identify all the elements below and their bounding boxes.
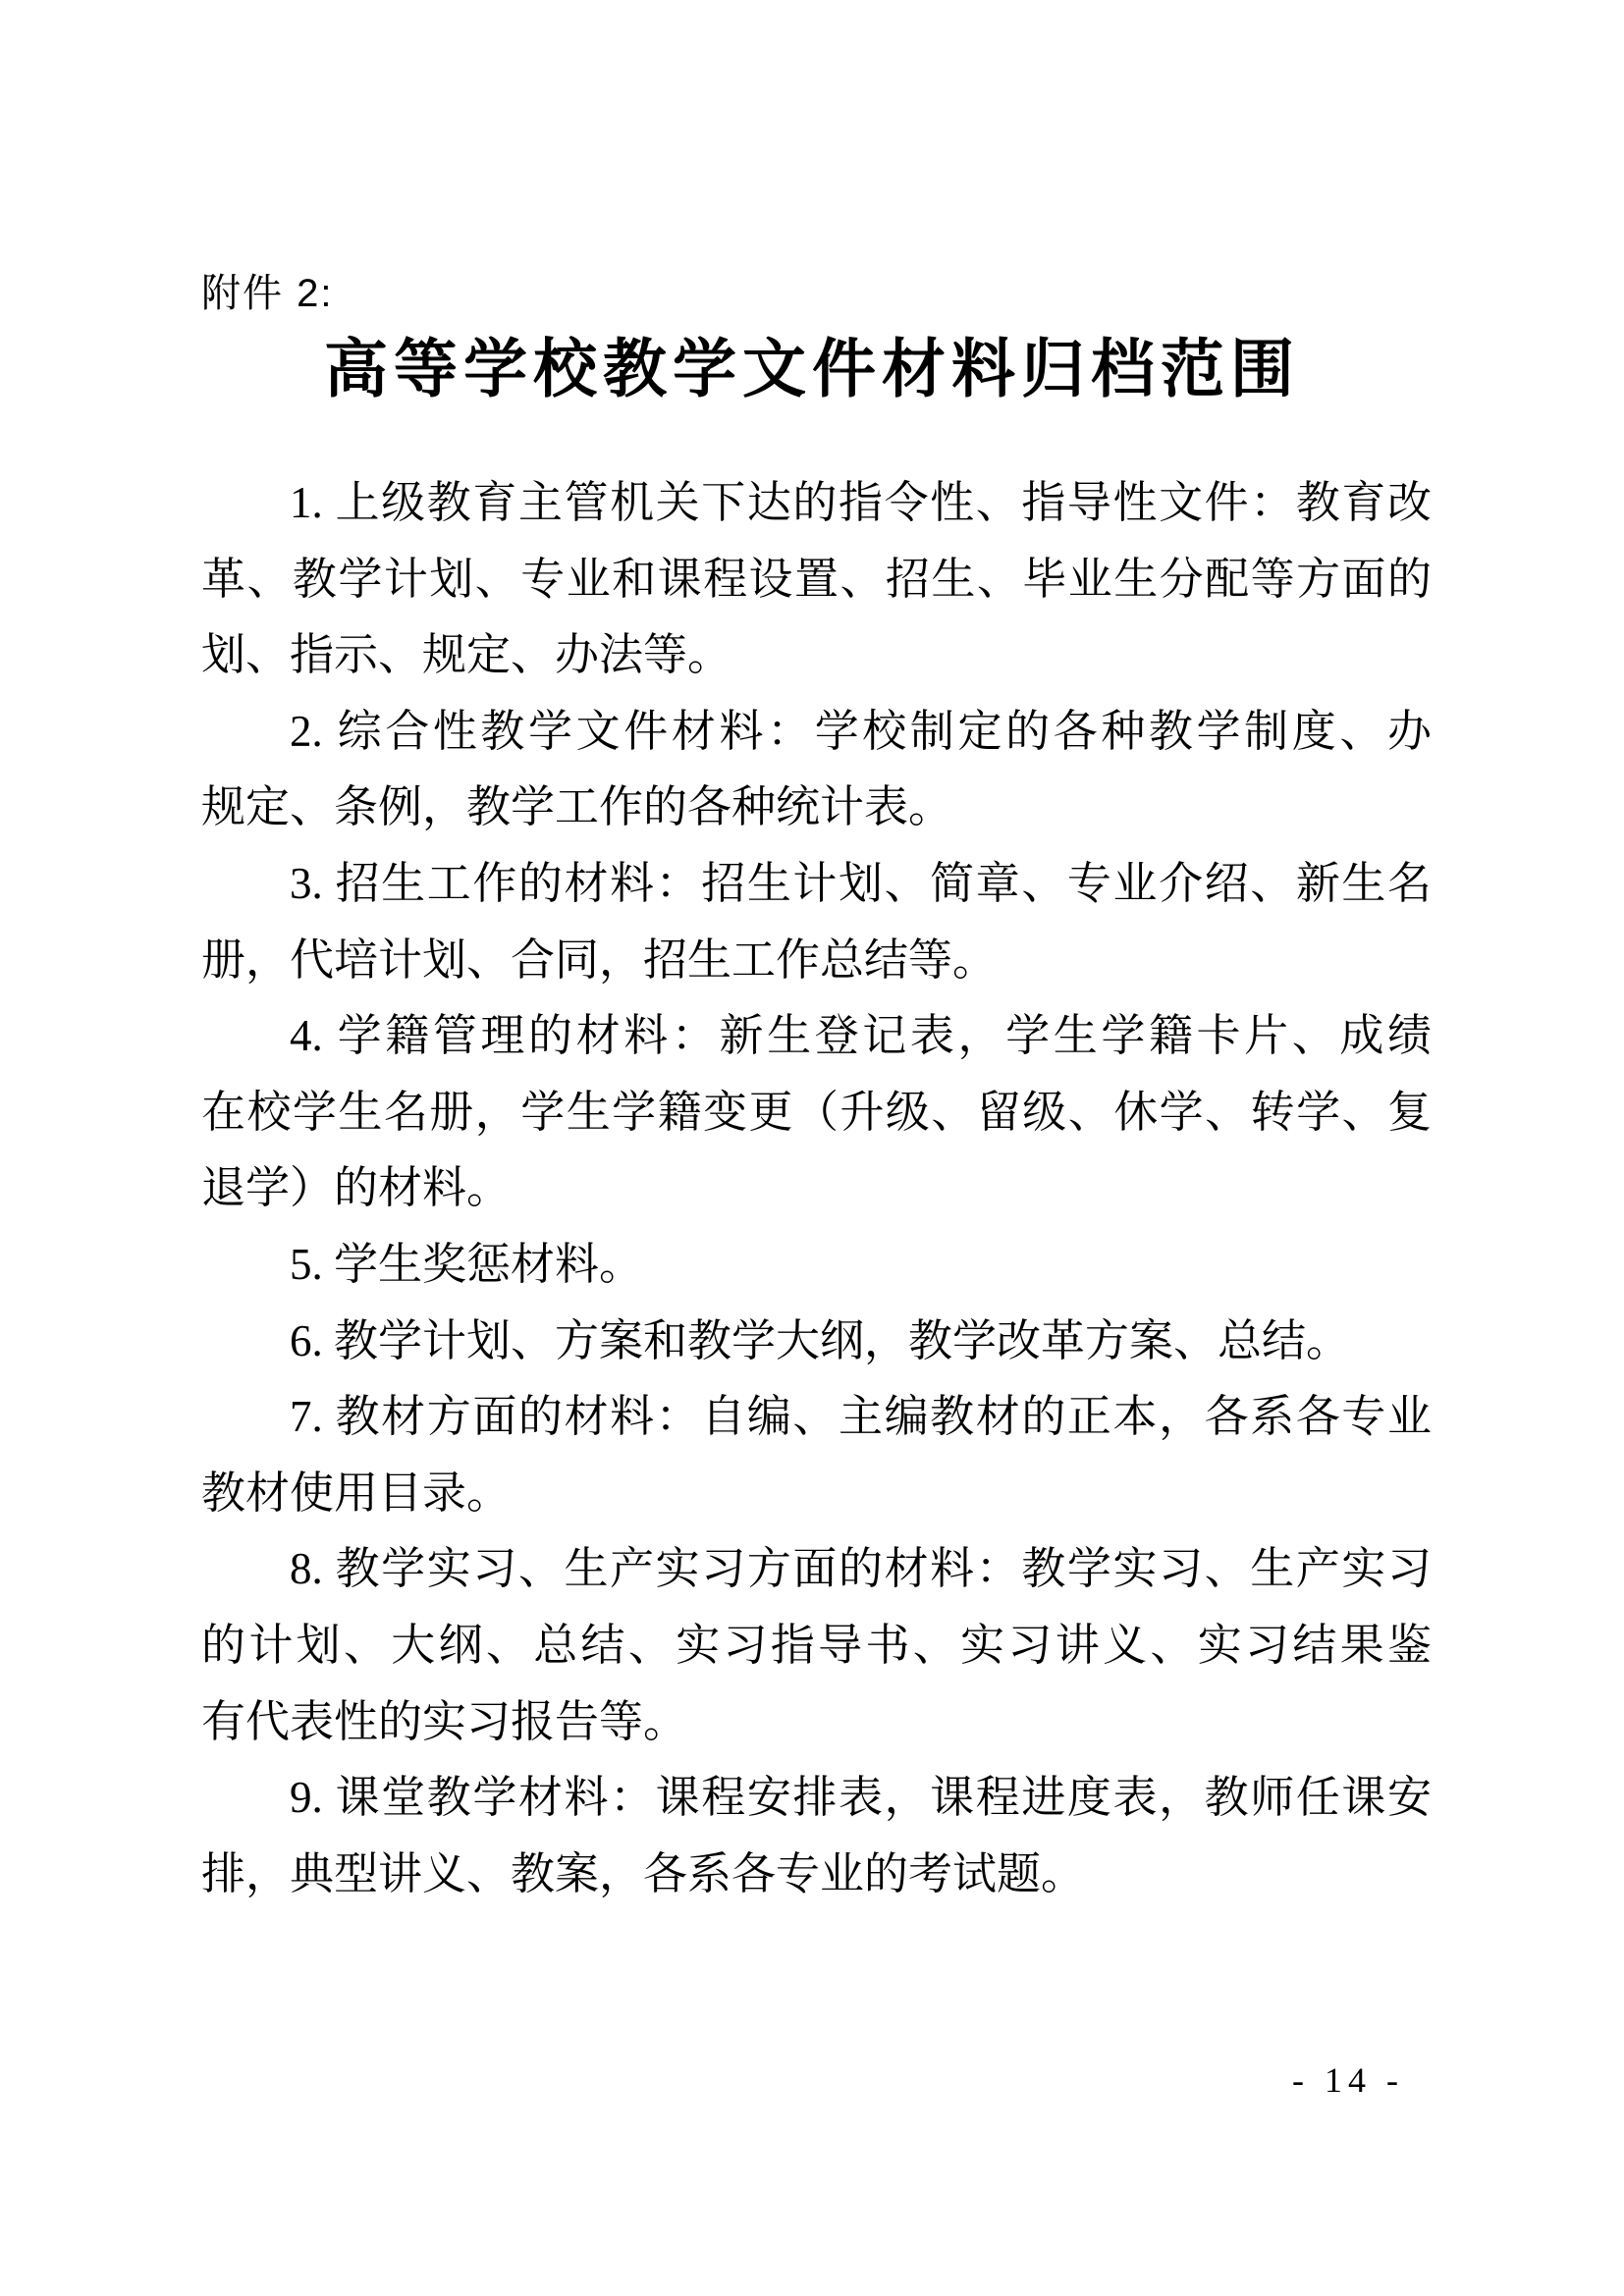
document-title: 高等学校教学文件材料归档范围 <box>0 326 1624 414</box>
text-line: 6. 教学计划、方案和教学大纲，教学改革方案、总结。 <box>201 1304 1432 1380</box>
document-body: 1. 上级教育主管机关下达的指令性、指导性文件：教育改 革、教学计划、专业和课程… <box>201 465 1432 1912</box>
paragraph-2: 2. 综合性教学文件材料：学校制定的各种教学制度、办法、 规定、条例，教学工作的… <box>201 694 1432 846</box>
paragraph-6: 6. 教学计划、方案和教学大纲，教学改革方案、总结。 <box>201 1304 1432 1380</box>
paragraph-3: 3. 招生工作的材料：招生计划、简章、专业介绍、新生名 册，代培计划、合同，招生… <box>201 846 1432 998</box>
attachment-label: 附件 2: <box>201 271 333 316</box>
text-line: 退学）的材料。 <box>201 1150 1432 1227</box>
text-line: 1. 上级教育主管机关下达的指令性、指导性文件：教育改 <box>201 465 1432 542</box>
text-line: 划、指示、规定、办法等。 <box>201 617 1432 694</box>
paragraph-7: 7. 教材方面的材料：自编、主编教材的正本，各系各专业 教材使用目录。 <box>201 1379 1432 1531</box>
text-line: 规定、条例，教学工作的各种统计表。 <box>201 770 1432 846</box>
page-number: - 14 - <box>1292 2059 1404 2101</box>
text-line: 8. 教学实习、生产实习方面的材料：教学实习、生产实习 <box>201 1531 1432 1608</box>
text-line: 2. 综合性教学文件材料：学校制定的各种教学制度、办法、 <box>201 694 1432 771</box>
text-line: 册，代培计划、合同，招生工作总结等。 <box>201 923 1432 999</box>
text-line: 7. 教材方面的材料：自编、主编教材的正本，各系各专业 <box>201 1379 1432 1456</box>
text-line: 革、教学计划、专业和课程设置、招生、毕业生分配等方面的计 <box>201 542 1432 618</box>
paragraph-5: 5. 学生奖惩材料。 <box>201 1227 1432 1304</box>
text-line: 在校学生名册，学生学籍变更（升级、留级、休学、转学、复学、 <box>201 1075 1432 1151</box>
document-page: 附件 2: 高等学校教学文件材料归档范围 1. 上级教育主管机关下达的指令性、指… <box>0 0 1624 2296</box>
text-line: 5. 学生奖惩材料。 <box>201 1227 1432 1304</box>
text-line: 有代表性的实习报告等。 <box>201 1684 1432 1761</box>
text-line: 教材使用目录。 <box>201 1456 1432 1532</box>
text-line: 排，典型讲义、教案，各系各专业的考试题。 <box>201 1837 1432 1913</box>
paragraph-1: 1. 上级教育主管机关下达的指令性、指导性文件：教育改 革、教学计划、专业和课程… <box>201 465 1432 694</box>
text-line: 的计划、大纲、总结、实习指导书、实习讲义、实习结果鉴定， <box>201 1608 1432 1684</box>
paragraph-4: 4. 学籍管理的材料：新生登记表，学生学籍卡片、成绩卡， 在校学生名册，学生学籍… <box>201 998 1432 1227</box>
text-line: 9. 课堂教学材料：课程安排表，课程进度表，教师任课安 <box>201 1760 1432 1837</box>
text-line: 3. 招生工作的材料：招生计划、简章、专业介绍、新生名 <box>201 846 1432 923</box>
text-line: 4. 学籍管理的材料：新生登记表，学生学籍卡片、成绩卡， <box>201 998 1432 1075</box>
paragraph-9: 9. 课堂教学材料：课程安排表，课程进度表，教师任课安 排，典型讲义、教案，各系… <box>201 1760 1432 1912</box>
paragraph-8: 8. 教学实习、生产实习方面的材料：教学实习、生产实习 的计划、大纲、总结、实习… <box>201 1531 1432 1760</box>
